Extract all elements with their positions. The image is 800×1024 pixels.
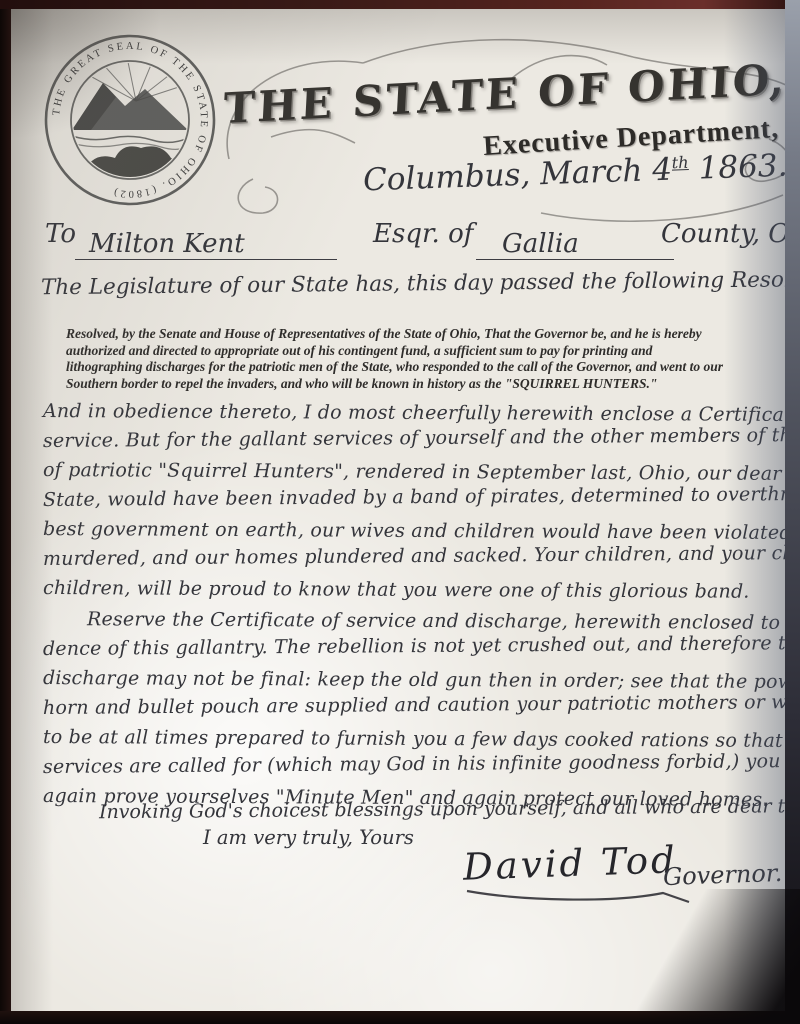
addressee-name: Milton Kent bbox=[89, 229, 245, 259]
closing-valediction-line: I am very truly, Yours bbox=[203, 826, 414, 849]
flourish-under-subtitle bbox=[541, 195, 783, 221]
resolution-line: Resolved, by the Senate and House of Rep… bbox=[66, 326, 786, 343]
seal-landscape-scene bbox=[72, 57, 191, 180]
body-line: children, will be proud to know that you… bbox=[43, 574, 786, 607]
county-name: Gallia bbox=[502, 229, 579, 259]
resolution-line: Southern border to repel the invaders, a… bbox=[66, 376, 786, 393]
governor-signature: David Tod bbox=[462, 838, 678, 888]
frame-left-edge bbox=[0, 0, 11, 1024]
body-line: State, would have been invaded by a band… bbox=[43, 480, 786, 515]
corner-shadow bbox=[600, 889, 800, 1024]
body-line: dence of this gallantry. The rebellion i… bbox=[43, 629, 786, 664]
body-line: service. But for the gallant services of… bbox=[43, 421, 786, 456]
body-line: horn and bullet pouch are supplied and c… bbox=[43, 688, 786, 723]
resolution-line: lithographing discharges for the patriot… bbox=[66, 359, 786, 376]
addressee-name-blank: Milton Kent bbox=[75, 219, 337, 260]
flourish-small-curve bbox=[271, 130, 355, 143]
frame-top-edge bbox=[0, 0, 800, 9]
flourish-top-sweep bbox=[363, 40, 633, 63]
address-county-label: County, O bbox=[661, 219, 786, 263]
document-paper: THE GREAT SEAL OF THE STATE OF OHIO. (18… bbox=[11, 9, 786, 1011]
body-line: services are called for (which may God i… bbox=[43, 747, 786, 782]
body-paragraph-2: Reserve the Certificate of service and d… bbox=[43, 605, 786, 812]
body-line: murdered, and our homes plundered and sa… bbox=[43, 539, 786, 574]
resolution-block: Resolved, by the Senate and House of Rep… bbox=[66, 326, 786, 392]
dateline-ordinal: th bbox=[671, 153, 689, 173]
ohio-state-seal: THE GREAT SEAL OF THE STATE OF OHIO. (18… bbox=[41, 31, 219, 209]
address-to-label: To bbox=[45, 219, 76, 263]
frame-right-edge bbox=[785, 0, 800, 1024]
dateline-year: 1863. bbox=[688, 148, 786, 187]
seal-foreground-sheaves bbox=[81, 146, 183, 180]
county-name-blank: Gallia bbox=[476, 219, 674, 260]
resolution-line: authorized and directed to appropriate o… bbox=[66, 343, 786, 360]
photographed-document: THE GREAT SEAL OF THE STATE OF OHIO. (18… bbox=[0, 0, 800, 1024]
seal-river bbox=[72, 136, 190, 142]
flourish-left-spiral bbox=[238, 179, 277, 213]
address-esq-label: Esqr. of bbox=[373, 219, 473, 263]
body-paragraph-1: And in obedience thereto, I do most chee… bbox=[43, 397, 786, 604]
governor-title: Governor. bbox=[663, 859, 783, 891]
